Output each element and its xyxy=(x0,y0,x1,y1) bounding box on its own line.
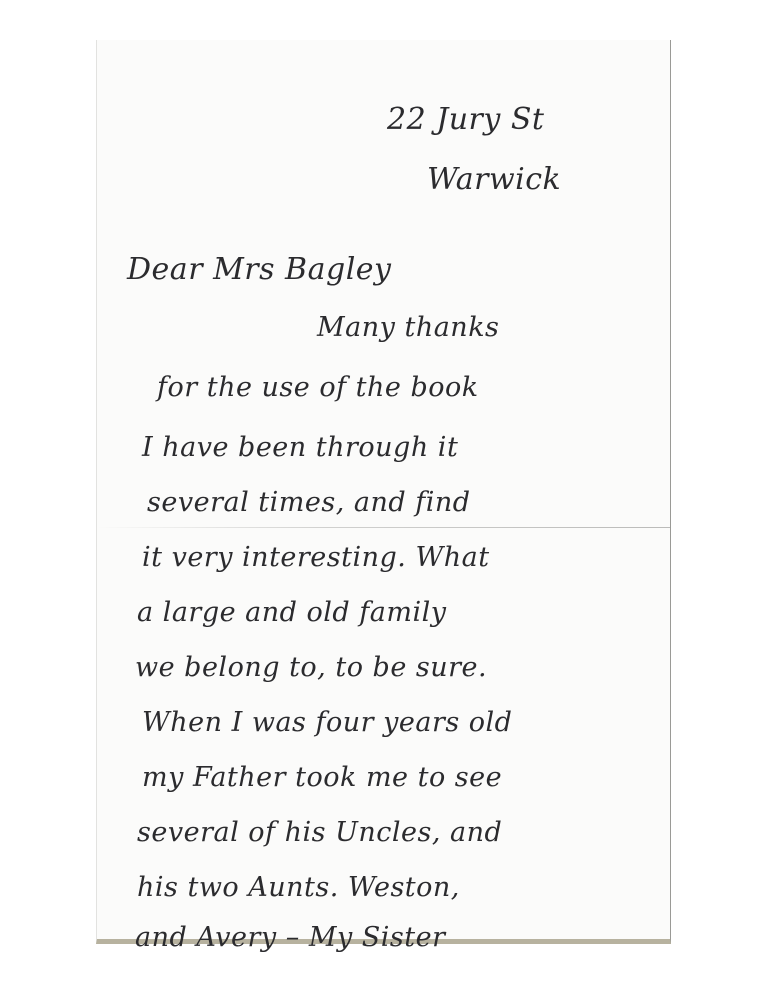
body-line-4: several times, and find xyxy=(147,487,471,518)
body-line-9: my Father took me to see xyxy=(142,762,502,793)
body-line-7: we belong to, to be sure. xyxy=(135,652,487,683)
address-street: 22 Jury St xyxy=(387,102,545,137)
body-line-12: and Avery – My Sister xyxy=(135,922,446,953)
body-line-8: When I was four years old xyxy=(142,707,512,738)
body-line-3: I have been through it xyxy=(142,432,458,463)
paper-fold-crease xyxy=(97,527,670,528)
body-line-1: Many thanks xyxy=(317,312,499,343)
body-line-2: for the use of the book xyxy=(157,372,479,403)
body-line-6: a large and old family xyxy=(137,597,447,628)
body-line-5: it very interesting. What xyxy=(142,542,490,573)
address-town: Warwick xyxy=(427,162,561,197)
salutation: Dear Mrs Bagley xyxy=(127,252,392,287)
body-line-10: several of his Uncles, and xyxy=(137,817,502,848)
letter-page: 22 Jury St Warwick Dear Mrs Bagley Many … xyxy=(96,40,671,944)
body-line-11: his two Aunts. Weston, xyxy=(137,872,460,903)
